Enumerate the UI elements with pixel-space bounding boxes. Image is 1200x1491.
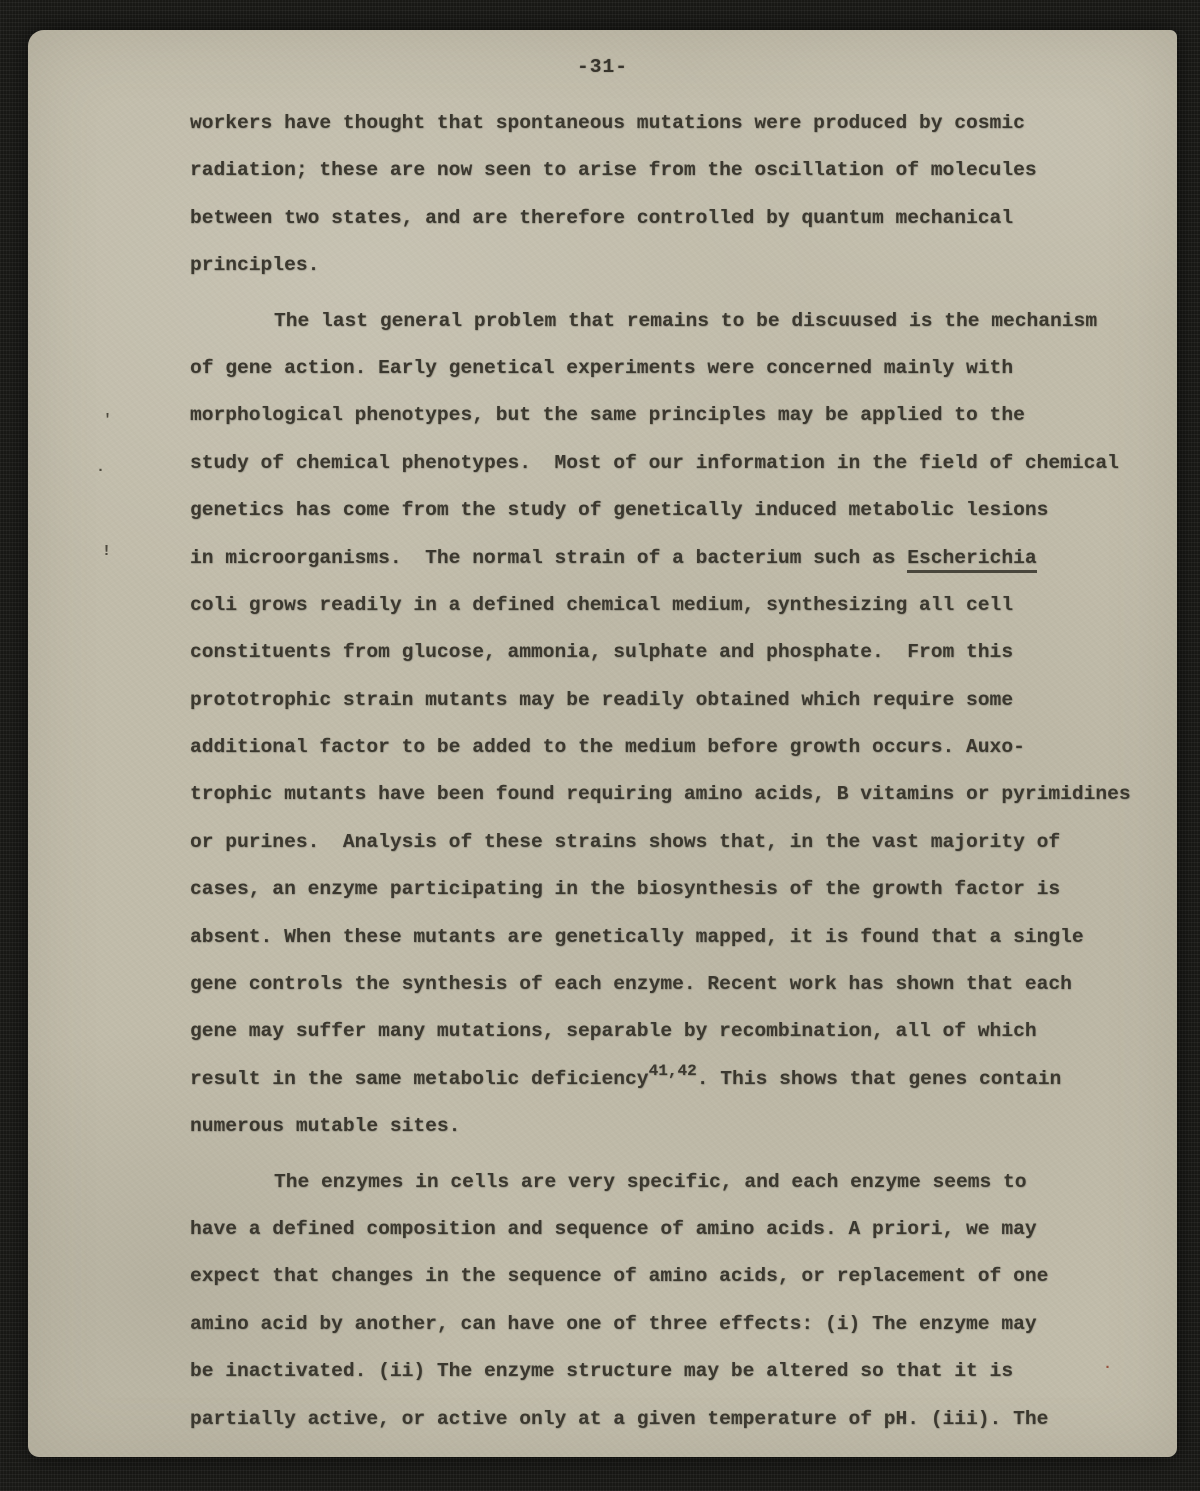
text-segment: expect that changes in the sequence of a… xyxy=(190,1265,1048,1287)
text-line: morphological phenotypes, but the same p… xyxy=(190,392,1155,439)
text-line: prototrophic strain mutants may be readi… xyxy=(190,677,1155,724)
text-segment: prototrophic strain mutants may be readi… xyxy=(190,689,1013,711)
text-line: genetics has come from the study of gene… xyxy=(190,487,1155,534)
text-line: trophic mutants have been found requirin… xyxy=(190,771,1155,818)
text-segment: in microorganisms. The normal strain of … xyxy=(190,547,907,569)
text-line: radiation; these are now seen to arise f… xyxy=(190,147,1155,194)
underlined-text: Escherichia xyxy=(907,547,1036,573)
ink-speck: ' xyxy=(103,413,112,428)
text-segment: have a defined composition and sequence … xyxy=(190,1218,1037,1240)
page-number: -31- xyxy=(28,56,1177,78)
text-segment: . This shows that genes contain xyxy=(697,1068,1062,1090)
text-line: amino acid by another, can have one of t… xyxy=(190,1301,1155,1348)
text-segment: partially active, or active only at a gi… xyxy=(190,1408,1048,1430)
text-segment: constituents from glucose, ammonia, sulp… xyxy=(190,641,1013,663)
text-segment: gene may suffer many mutations, separabl… xyxy=(190,1020,1037,1042)
text-segment: absent. When these mutants are genetical… xyxy=(190,926,1084,948)
text-segment: principles. xyxy=(190,254,319,276)
text-line: have a defined composition and sequence … xyxy=(190,1206,1155,1253)
ink-speck: ! xyxy=(102,544,111,559)
text-line: numerous mutable sites. xyxy=(190,1103,1155,1150)
ink-speck: · xyxy=(1103,1360,1112,1375)
text-line: gene controls the synthesis of each enzy… xyxy=(190,961,1155,1008)
text-segment: result in the same metabolic deficiency xyxy=(190,1068,649,1090)
text-line: in microorganisms. The normal strain of … xyxy=(190,535,1155,582)
text-segment: workers have thought that spontaneous mu… xyxy=(190,112,1025,134)
document-body: workers have thought that spontaneous mu… xyxy=(190,100,1155,1443)
text-line: result in the same metabolic deficiency4… xyxy=(190,1056,1155,1103)
scanned-page: -31- workers have thought that spontaneo… xyxy=(28,30,1177,1457)
text-segment: gene controls the synthesis of each enzy… xyxy=(190,973,1072,995)
text-line: gene may suffer many mutations, separabl… xyxy=(190,1008,1155,1055)
text-segment: genetics has come from the study of gene… xyxy=(190,499,1048,521)
citation-superscript: 41,42 xyxy=(649,1062,697,1080)
text-segment: cases, an enzyme participating in the bi… xyxy=(190,878,1060,900)
text-segment: trophic mutants have been found requirin… xyxy=(190,783,1131,805)
text-segment: radiation; these are now seen to arise f… xyxy=(190,159,1037,181)
text-line: between two states, and are therefore co… xyxy=(190,195,1155,242)
text-line: The last general problem that remains to… xyxy=(190,298,1155,345)
text-line: expect that changes in the sequence of a… xyxy=(190,1253,1155,1300)
text-line: coli grows readily in a defined chemical… xyxy=(190,582,1155,629)
text-line: The enzymes in cells are very specific, … xyxy=(190,1159,1155,1206)
text-segment: be inactivated. (ii) The enzyme structur… xyxy=(190,1360,1013,1382)
text-segment: morphological phenotypes, but the same p… xyxy=(190,404,1025,426)
text-line: workers have thought that spontaneous mu… xyxy=(190,100,1155,147)
text-line: or purines. Analysis of these strains sh… xyxy=(190,819,1155,866)
paragraph: The enzymes in cells are very specific, … xyxy=(190,1159,1155,1443)
text-line: additional factor to be added to the med… xyxy=(190,724,1155,771)
text-segment: study of chemical phenotypes. Most of ou… xyxy=(190,452,1119,474)
text-segment: The enzymes in cells are very specific, … xyxy=(274,1171,1027,1193)
text-line: cases, an enzyme participating in the bi… xyxy=(190,866,1155,913)
text-segment: numerous mutable sites. xyxy=(190,1115,460,1137)
text-line: principles. xyxy=(190,242,1155,289)
text-line: study of chemical phenotypes. Most of ou… xyxy=(190,440,1155,487)
text-segment: or purines. Analysis of these strains sh… xyxy=(190,831,1060,853)
text-segment: between two states, and are therefore co… xyxy=(190,207,1013,229)
scan-background: { "colors": { "paper": "#c1bcaa", "ink":… xyxy=(0,0,1200,1491)
paragraph: workers have thought that spontaneous mu… xyxy=(190,100,1155,290)
text-segment: The last general problem that remains to… xyxy=(274,310,1097,332)
text-segment: of gene action. Early genetical experime… xyxy=(190,357,1013,379)
text-line: constituents from glucose, ammonia, sulp… xyxy=(190,629,1155,676)
text-line: of gene action. Early genetical experime… xyxy=(190,345,1155,392)
text-line: be inactivated. (ii) The enzyme structur… xyxy=(190,1348,1155,1395)
text-line: absent. When these mutants are genetical… xyxy=(190,914,1155,961)
text-segment: additional factor to be added to the med… xyxy=(190,736,1025,758)
text-segment: coli grows readily in a defined chemical… xyxy=(190,594,1013,616)
text-segment: amino acid by another, can have one of t… xyxy=(190,1313,1037,1335)
ink-speck: . xyxy=(96,460,105,475)
text-line: partially active, or active only at a gi… xyxy=(190,1396,1155,1443)
paragraph: The last general problem that remains to… xyxy=(190,298,1155,1151)
